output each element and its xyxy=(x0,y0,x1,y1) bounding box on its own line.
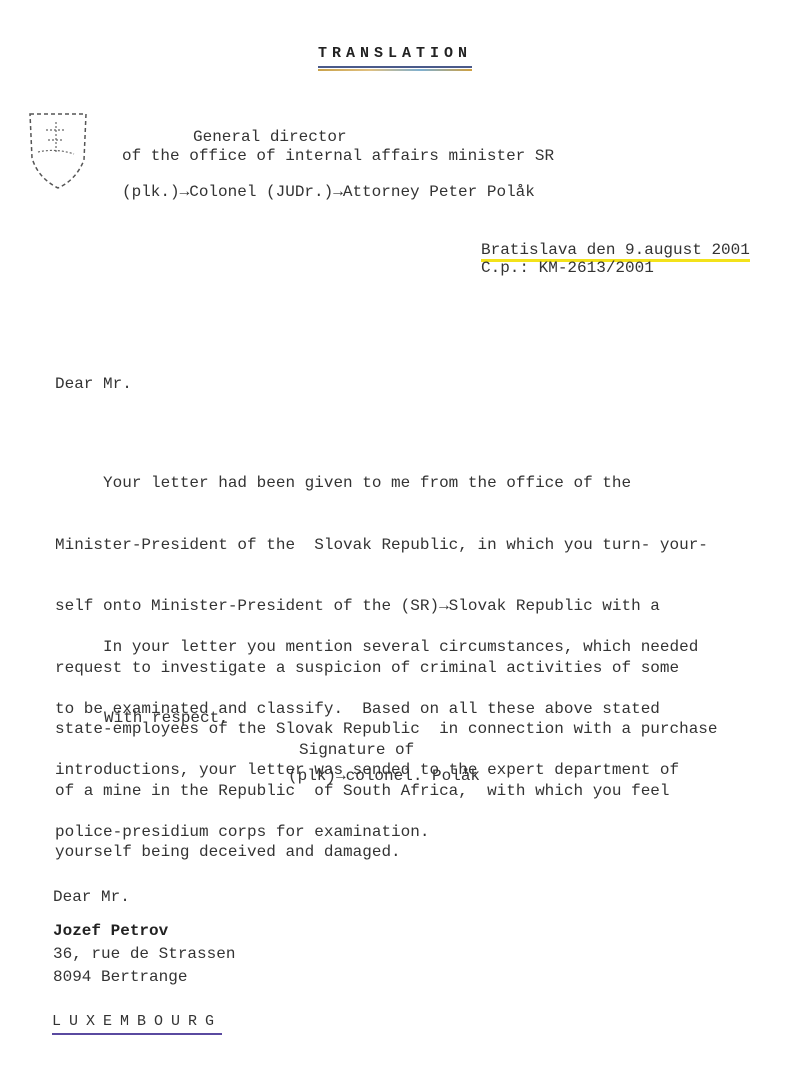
signature-name: (plk)→colonel. Polåk xyxy=(288,766,480,786)
recipient-name: Jozef Petrov xyxy=(53,921,168,941)
recipient-city: 8094 Bertrange xyxy=(53,967,187,987)
salutation: Dear Mr. xyxy=(55,374,132,394)
place-date: Bratislava den 9.august 2001 xyxy=(481,240,750,260)
recipient-country: LUXEMBOURG xyxy=(52,1012,222,1035)
text-line: Minister-President of the Slovak Republi… xyxy=(55,535,785,556)
sender-office: of the office of internal affairs minist… xyxy=(122,146,554,166)
recipient-salutation: Dear Mr. xyxy=(53,887,130,907)
signature-label: Signature of xyxy=(299,740,414,760)
sender-title: General director xyxy=(193,127,347,147)
document-title: TRANSLATION xyxy=(318,44,472,68)
text-line: Your letter had been given to me from th… xyxy=(55,473,785,494)
sender-name: (plk.)→Colonel (JUDr.)→Attorney Peter Po… xyxy=(122,182,535,202)
closing: With respect, xyxy=(104,708,229,728)
text-line: In your letter you mention several circu… xyxy=(55,637,785,658)
recipient-street: 36, rue de Strassen xyxy=(53,944,235,964)
coat-of-arms-icon xyxy=(26,100,94,190)
body-paragraph-2: In your letter you mention several circu… xyxy=(55,596,785,863)
reference-number: C.p.: KM-2613/2001 xyxy=(481,258,654,278)
text-line: police-presidium corps for examination. xyxy=(55,822,785,843)
